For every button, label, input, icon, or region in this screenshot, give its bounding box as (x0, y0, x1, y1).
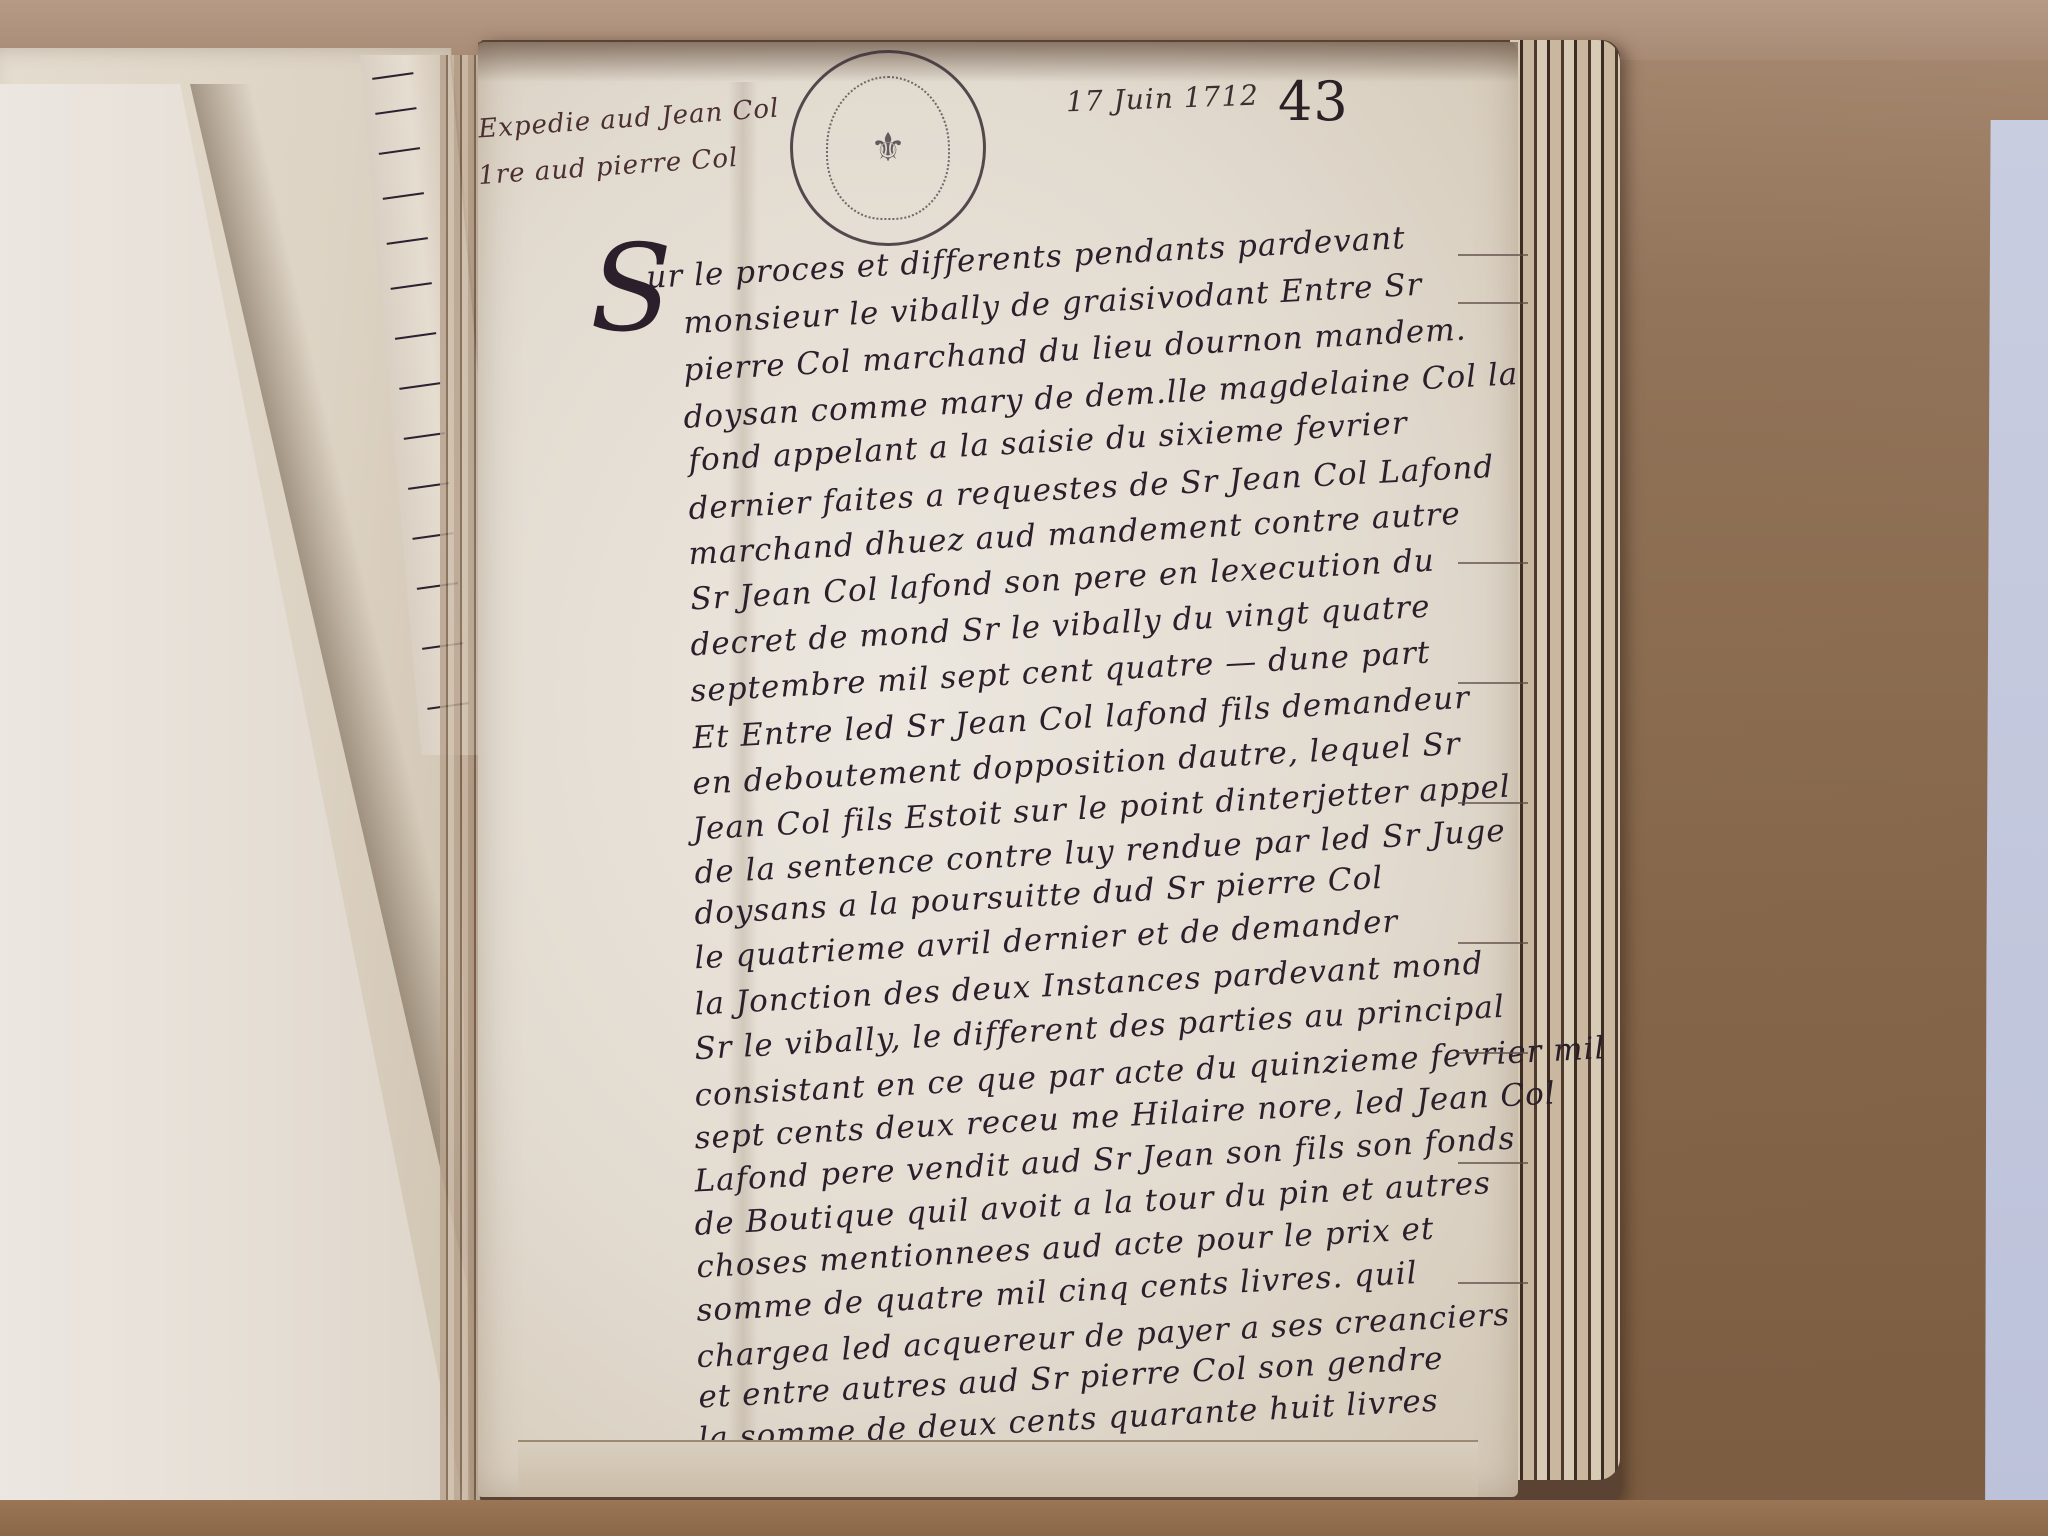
margin-mark (372, 72, 414, 80)
marginal-note-line-2: 1re aud pierre Col (477, 143, 739, 191)
margin-mark (399, 382, 441, 390)
margin-mark (383, 192, 425, 200)
coat-of-arms-icon: ⚜ (826, 76, 950, 220)
page-bottom-fold (518, 1440, 1478, 1497)
margin-mark (379, 147, 421, 155)
margin-rule (1458, 254, 1528, 256)
margin-rule (1458, 1052, 1528, 1054)
table-bottom-edge (0, 1500, 2048, 1536)
margin-rule (1458, 942, 1528, 944)
margin-rule (1458, 802, 1528, 804)
document-date: 17 Juin 1712 (1065, 79, 1259, 119)
margin-mark (387, 237, 429, 245)
margin-rule (1458, 682, 1528, 684)
page-top-shadow (478, 42, 1518, 82)
margin-rule (1458, 302, 1528, 304)
margin-mark (375, 107, 417, 115)
blue-paper-sheet (1985, 120, 2048, 1536)
manuscript-page: Expedie aud Jean Col 1re aud pierre Col … (478, 42, 1518, 1497)
folio-number: 43 (1278, 70, 1349, 133)
margin-rule (1458, 1162, 1528, 1164)
margin-mark (390, 282, 432, 290)
manuscript-page-edges (1510, 40, 1620, 1480)
margin-mark (395, 332, 437, 340)
margin-mark (404, 432, 446, 440)
royal-seal-stamp-icon: ⚜ (790, 50, 986, 246)
margin-rule (1458, 1282, 1528, 1284)
margin-rule (1458, 562, 1528, 564)
